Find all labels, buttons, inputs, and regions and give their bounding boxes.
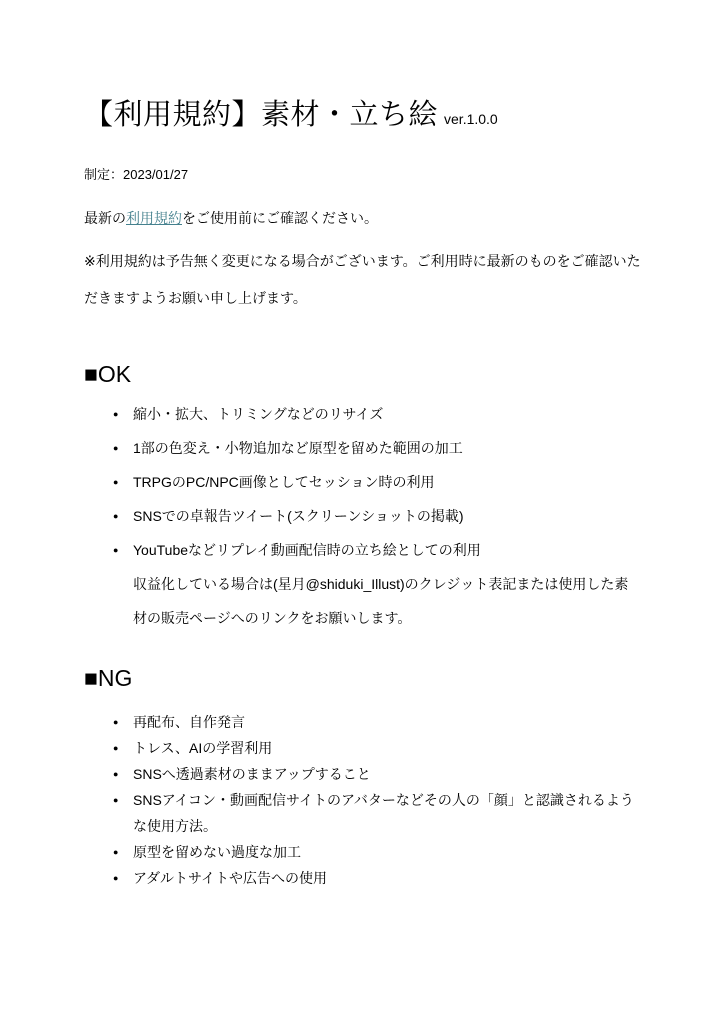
monetization-note: 収益化している場合は(星月@shiduki_Illust)のクレジット表記または…: [84, 567, 641, 635]
intro-pre-link-text: 最新の: [84, 210, 126, 226]
terms-of-use-link[interactable]: 利用規約: [126, 210, 182, 226]
list-item: 原型を留めない過度な加工: [113, 839, 641, 865]
ok-section-heading: ■OK: [84, 359, 641, 389]
bullet-icon: [113, 499, 125, 533]
list-item-text: トレス、AIの学習利用: [133, 740, 272, 756]
bullet-icon: [113, 787, 125, 813]
bullet-icon: [113, 865, 125, 891]
document-content: 【利用規約】素材・立ち絵ver.1.0.0 制定：2023/01/27 最新の利…: [0, 0, 725, 891]
bullet-icon: [113, 761, 125, 787]
list-item-text: SNSアイコン・動画配信サイトのアバターなどその人の「顔」と認識されるような使用…: [133, 792, 634, 834]
list-item-text: アダルトサイトや広告への使用: [133, 870, 327, 886]
bullet-icon: [113, 735, 125, 761]
list-item: SNSアイコン・動画配信サイトのアバターなどその人の「顔」と認識されるような使用…: [113, 787, 641, 839]
intro-paragraph: 最新の利用規約をご使用前にご確認ください。: [84, 207, 641, 229]
bullet-icon: [113, 709, 125, 735]
established-date: 制定：2023/01/27: [84, 164, 641, 185]
change-notice-paragraph: ※利用規約は予告無く変更になる場合がございます。ご利用時に最新のものをご確認いた…: [84, 243, 644, 317]
list-item: SNSでの卓報告ツイート(スクリーンショットの掲載): [113, 499, 641, 533]
version-label: ver.1.0.0: [438, 111, 498, 127]
list-item-text: 縮小・拡大、トリミングなどのリサイズ: [133, 406, 383, 422]
list-item-text: TRPGのPC/NPC画像としてセッション時の利用: [133, 474, 435, 490]
bullet-icon: [113, 465, 125, 499]
list-item: アダルトサイトや広告への使用: [113, 865, 641, 891]
ok-list: 縮小・拡大、トリミングなどのリサイズ 1部の色変え・小物追加など原型を留めた範囲…: [84, 397, 641, 567]
bullet-icon: [113, 533, 125, 567]
list-item-text: SNSへ透過素材のままアップすること: [133, 766, 371, 782]
document-page: 【利用規約】素材・立ち絵ver.1.0.0 制定：2023/01/27 最新の利…: [0, 0, 725, 1024]
list-item: YouTubeなどリプレイ動画配信時の立ち絵としての利用: [113, 533, 641, 567]
list-item: 1部の色変え・小物追加など原型を留めた範囲の加工: [113, 431, 641, 465]
list-item: 縮小・拡大、トリミングなどのリサイズ: [113, 397, 641, 431]
bullet-icon: [113, 839, 125, 865]
page-title-text: 【利用規約】素材・立ち絵: [84, 99, 438, 131]
list-item: SNSへ透過素材のままアップすること: [113, 761, 641, 787]
list-item: TRPGのPC/NPC画像としてセッション時の利用: [113, 465, 641, 499]
list-item-text: YouTubeなどリプレイ動画配信時の立ち絵としての利用: [133, 542, 481, 558]
list-item-text: 1部の色変え・小物追加など原型を留めた範囲の加工: [133, 440, 463, 456]
list-item-text: SNSでの卓報告ツイート(スクリーンショットの掲載): [133, 508, 464, 524]
list-item: トレス、AIの学習利用: [113, 735, 641, 761]
list-item-text: 再配布、自作発言: [133, 714, 245, 730]
page-title: 【利用規約】素材・立ち絵ver.1.0.0: [84, 0, 641, 138]
bullet-icon: [113, 431, 125, 465]
ng-list: 再配布、自作発言 トレス、AIの学習利用 SNSへ透過素材のままアップすること …: [84, 709, 641, 891]
bullet-icon: [113, 397, 125, 431]
ng-section-heading: ■NG: [84, 663, 641, 693]
list-item: 再配布、自作発言: [113, 709, 641, 735]
intro-post-link-text: をご使用前にご確認ください。: [182, 210, 378, 226]
list-item-text: 原型を留めない過度な加工: [133, 844, 301, 860]
